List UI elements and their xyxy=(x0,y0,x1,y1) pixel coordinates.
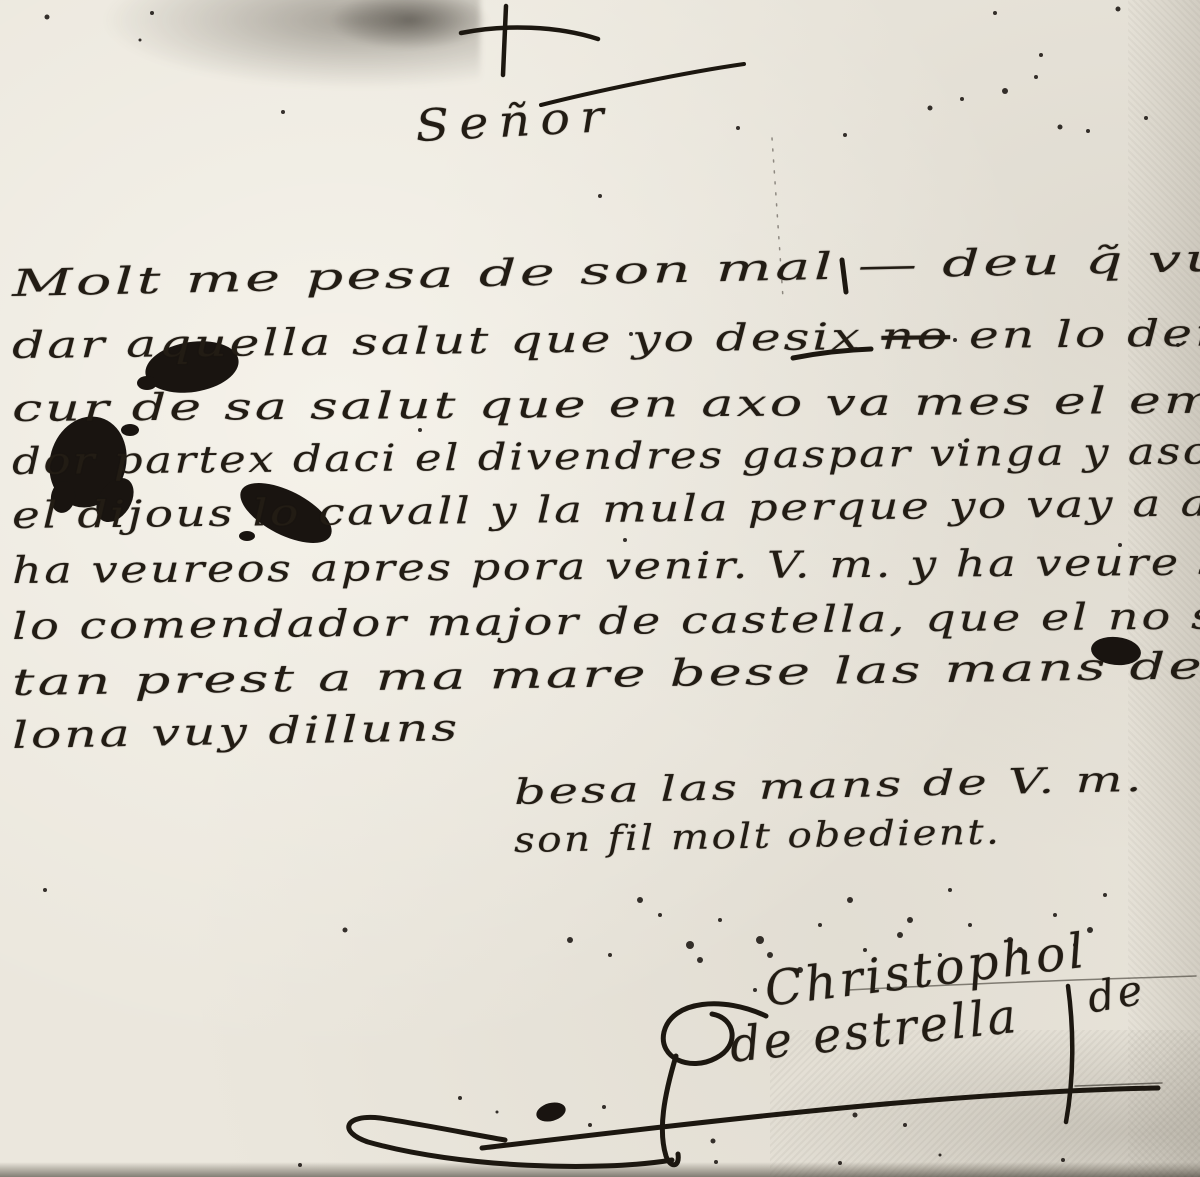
line-2-pre: dar aquella salut que yo desix xyxy=(12,315,882,367)
line-2-post: en lo demes xyxy=(950,310,1200,357)
letter-line-5: el dijous lo cavall y la mula perque yo … xyxy=(12,484,1200,534)
letter-page: Señor Molt me pesa de son mal — deu q̃ v… xyxy=(0,0,1200,1177)
letter-line-6: ha veureos apres pora venir. V. m. y ha … xyxy=(12,543,1200,589)
letter-line-8: tan prest a ma mare bese las mans de bar… xyxy=(12,645,1200,701)
signature-de: de xyxy=(1084,968,1148,1019)
line-2-struck-word: no xyxy=(881,314,950,358)
letter-line-2: dar aquella salut que yo desix no en lo … xyxy=(12,313,1200,364)
letter-line-9: lona vuy dilluns xyxy=(12,709,461,754)
top-left-smudge xyxy=(80,0,480,95)
letter-line-1: Molt me pesa de son mal — deu q̃ vulla xyxy=(12,238,1200,302)
letter-line-4: dor partex daci el divendres gaspar ving… xyxy=(12,431,1200,480)
signature-paraph xyxy=(349,986,1158,1166)
paper-bottom-edge xyxy=(0,1162,1200,1177)
cross-icon xyxy=(461,6,598,75)
closing-line-2: son fil molt obedient. xyxy=(514,815,1002,858)
signature-ruled-line-2 xyxy=(1075,1083,1162,1086)
closing-line-1: besa las mans de V. m. xyxy=(514,763,1145,811)
top-left-smudge-dark xyxy=(330,0,490,50)
letter-line-7: lo comendador major de castella, que el … xyxy=(12,596,1200,645)
letter-line-3: cur de sa salut que en axo va mes el emp… xyxy=(12,381,1200,427)
salutation: Señor xyxy=(414,91,615,152)
